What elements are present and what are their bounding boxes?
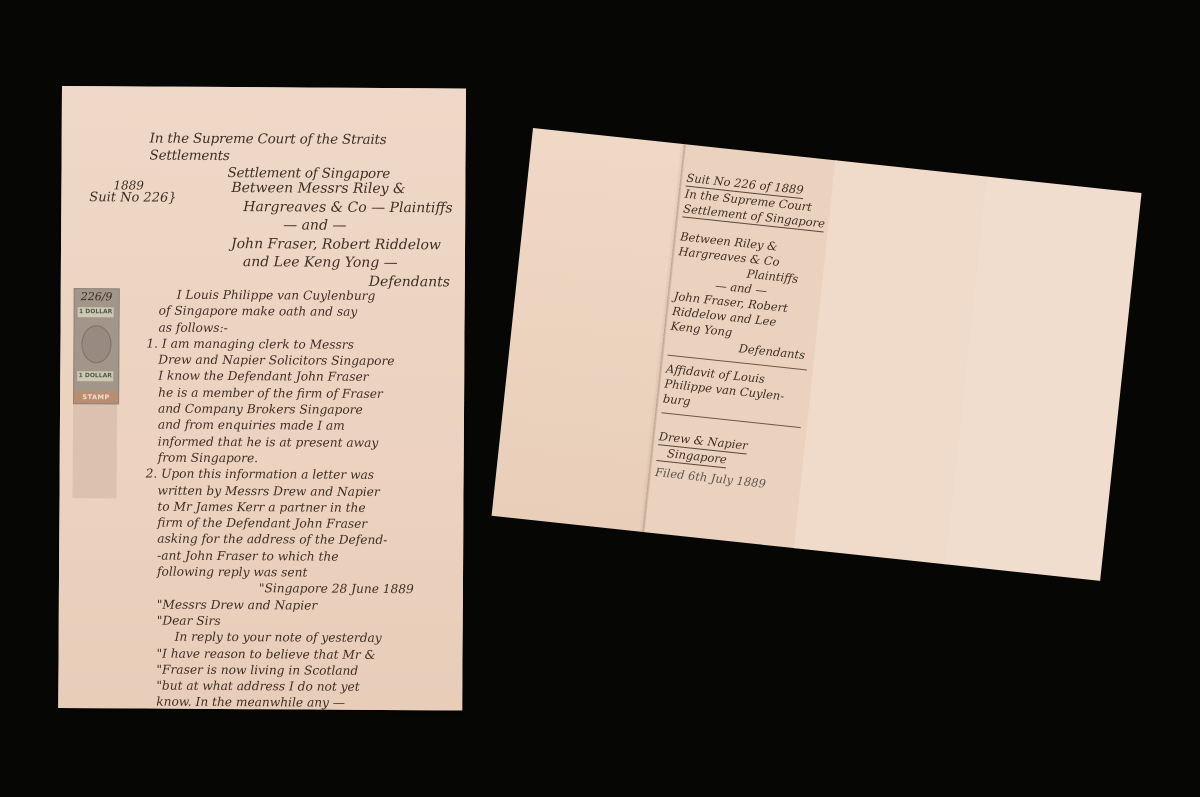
court-heading: In the Supreme Court of the Straits Sett…	[149, 131, 469, 184]
body-line: as follows:-	[158, 319, 458, 337]
folded-affidavit-cover: Suit No 226 of 1889 In the Supreme Court…	[492, 128, 1142, 581]
party-line: John Fraser, Robert Riddelow	[231, 235, 463, 255]
suit-number: Suit No 226}	[89, 190, 176, 206]
body-line: In reply to your note of yesterday	[157, 629, 457, 647]
body-line: 2. Upon this information a letter was	[146, 466, 458, 484]
body-line: "Messrs Drew and Napier	[157, 596, 457, 614]
body-line: he is a member of the firm of Fraser	[158, 384, 458, 402]
body-line: Drew and Napier Solicitors Singapore	[158, 352, 458, 370]
party-line: Hargreaves & Co — Plaintiffs	[231, 198, 463, 218]
body-line: from Singapore.	[158, 450, 458, 468]
body-line: "Fraser is now living in Scotland	[156, 661, 456, 679]
stamp-label: STAMP	[74, 391, 118, 403]
body-line: I Louis Philippe van Cuylenburg	[159, 287, 459, 305]
body-line: informed that he is at present away	[158, 433, 458, 451]
body-line: following reply was sent	[157, 564, 457, 582]
party-line: Between Messrs Riley &	[231, 179, 463, 199]
body-line: "but at what address I do not yet	[156, 678, 456, 696]
body-line: and Company Brokers Singapore	[158, 401, 458, 419]
revenue-stamp: 226/9 1 DOLLAR 1 DOLLAR STAMP	[73, 288, 120, 404]
body-line: firm of the Defendant John Fraser	[157, 515, 457, 533]
queen-portrait-icon	[81, 325, 111, 363]
body-line: know. In the meanwhile any —	[156, 694, 456, 712]
stamp-residue	[72, 402, 117, 498]
stamp-denomination-bottom: 1 DOLLAR	[77, 371, 113, 381]
body-line: to Mr James Kerr a partner in the	[157, 498, 457, 516]
party-line: — and —	[231, 216, 463, 236]
body-line: "Singapore 28 June 1889	[157, 580, 457, 598]
body-line: -ant John Fraser to which the	[157, 547, 457, 565]
parties-block: Between Messrs Riley & Hargreaves & Co —…	[231, 179, 464, 291]
stamp-denomination-top: 1 DOLLAR	[78, 307, 114, 317]
affidavit-body: I Louis Philippe van Cuylenburg of Singa…	[156, 287, 459, 713]
court-heading-line-1: In the Supreme Court of the Straits Sett…	[150, 131, 387, 164]
party-line: and Lee Keng Yong —	[231, 253, 463, 273]
body-line: "Dear Sirs	[157, 613, 457, 631]
body-line: "I have reason to believe that Mr &	[156, 645, 456, 663]
body-line: asking for the address of the Defend-	[157, 531, 457, 549]
affidavit-page: In the Supreme Court of the Straits Sett…	[58, 86, 466, 710]
stamp-cancel-mark: 226/9	[81, 290, 113, 303]
body-line: 1. I am managing clerk to Messrs	[146, 335, 458, 353]
body-line: written by Messrs Drew and Napier	[157, 482, 457, 500]
body-line: I know the Defendant John Fraser	[158, 368, 458, 386]
body-line: and from enquiries made I am	[158, 417, 458, 435]
body-line: of Singapore make oath and say	[159, 303, 459, 321]
